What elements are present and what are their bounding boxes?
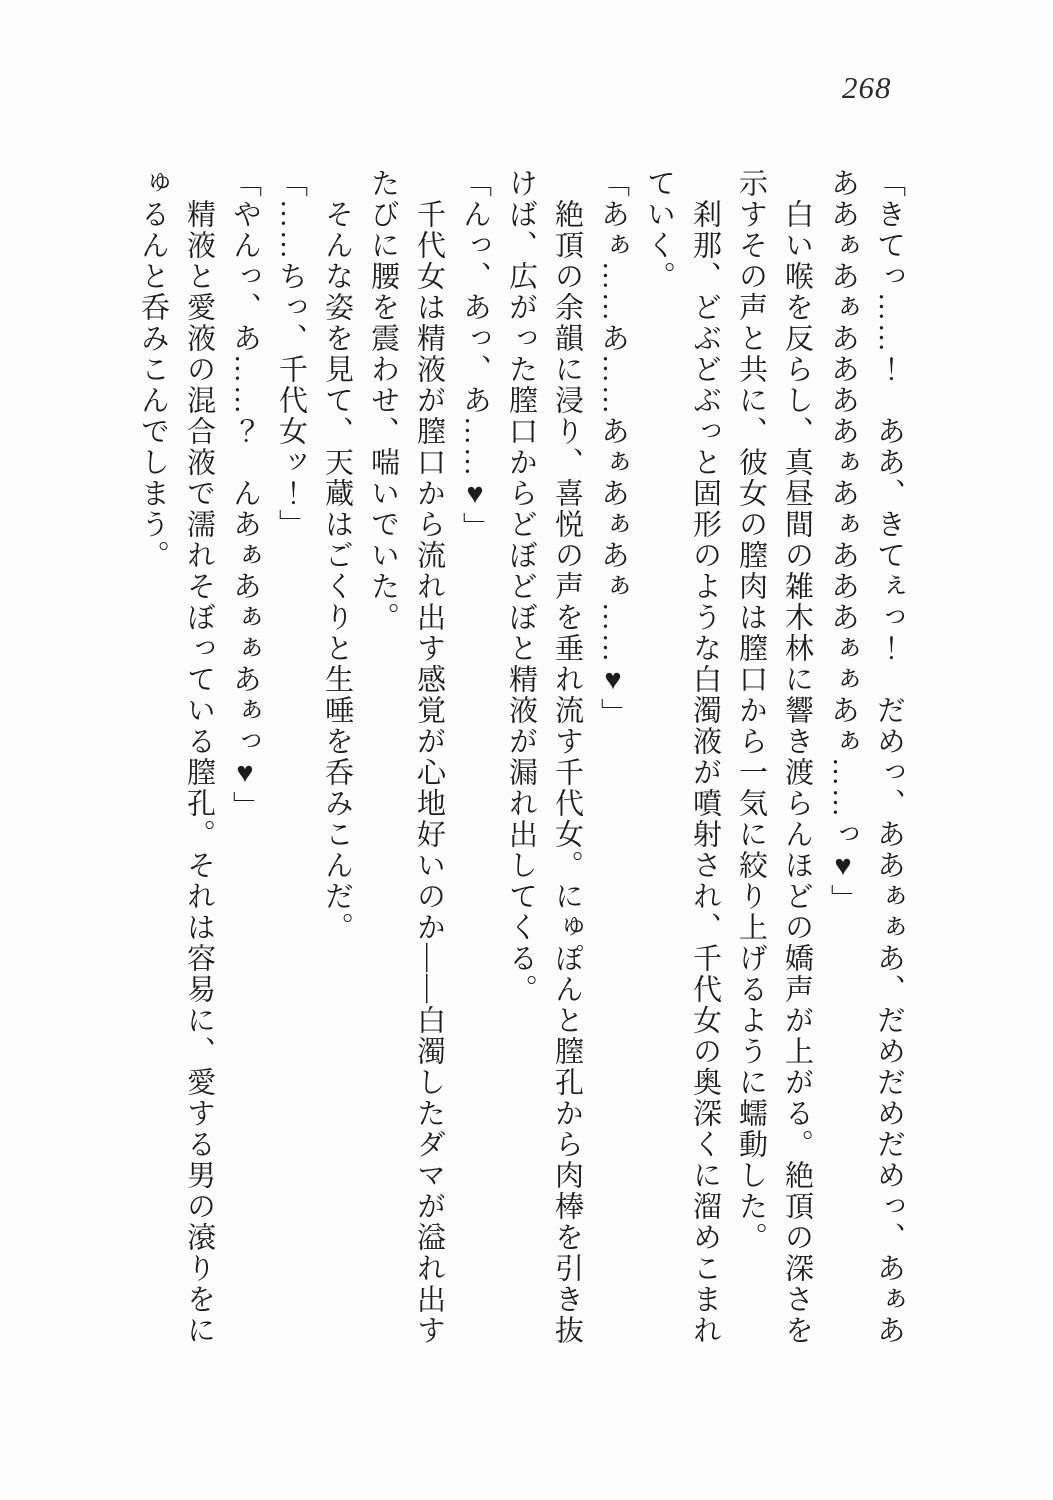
book-page: 268 「きてっ……！ ああ、きてぇっ！ だめっ、ああぁぁあ、だめだめだめっ、あ…	[0, 0, 1053, 1500]
text-line: 絶頂の余韻に浸り、喜悦の声を垂れ流す千代女。にゅぽんと膣孔から肉棒を引き抜	[544, 168, 590, 1346]
text-line: 白い喉を反らし、真昼間の雑木林に響き渡らんほどの嬌声が上がる。絶頂の深さを	[774, 168, 820, 1346]
text-line: けば、広がった膣口からどぼどぼと精液が漏れ出してくる。	[498, 168, 544, 1346]
text-line: たびに腰を震わせ、喘いでいた。	[360, 168, 406, 1346]
text-line: 刹那、どぶどぶっと固形のような白濁液が噴射され、千代女の奥深くに溜めこまれ	[682, 168, 728, 1346]
text-line: 「あぁ……あ……あぁあぁあぁ……♥」	[590, 168, 636, 1346]
text-line: 「やんっ、あ……？ んあぁあぁぁあぁっ♥」	[222, 168, 268, 1346]
text-line: ゅるんと呑みこんでしまう。	[130, 168, 176, 1346]
text-line: そんな姿を見て、天蔵はごくりと生唾を呑みこんだ。	[314, 168, 360, 1346]
text-line: 「きてっ……！ ああ、きてぇっ！ だめっ、ああぁぁあ、だめだめだめっ、あぁあ	[866, 168, 912, 1346]
text-line: 示すその声と共に、彼女の膣肉は膣口から一気に絞り上げるように蠕動した。	[728, 168, 774, 1346]
text-line: 千代女は精液が膣口から流れ出す感覚が心地好いのか――白濁したダマが溢れ出す	[406, 168, 452, 1346]
text-line: 「……ちっ、千代女ッ！」	[268, 168, 314, 1346]
page-number: 268	[842, 70, 892, 106]
text-line: ていく。	[636, 168, 682, 1346]
text-line: 精液と愛液の混合液で濡れそぼっている膣孔。それは容易に、愛する男の滾りをに	[176, 168, 222, 1346]
text-line: 「んっ、あっ、あ……♥」	[452, 168, 498, 1346]
text-line: ああぁあぁああああぁあぁあああぁぁあぁ……っ♥」	[820, 168, 866, 1346]
novel-text-block: 「きてっ……！ ああ、きてぇっ！ だめっ、ああぁぁあ、だめだめだめっ、あぁあああ…	[130, 168, 912, 1346]
